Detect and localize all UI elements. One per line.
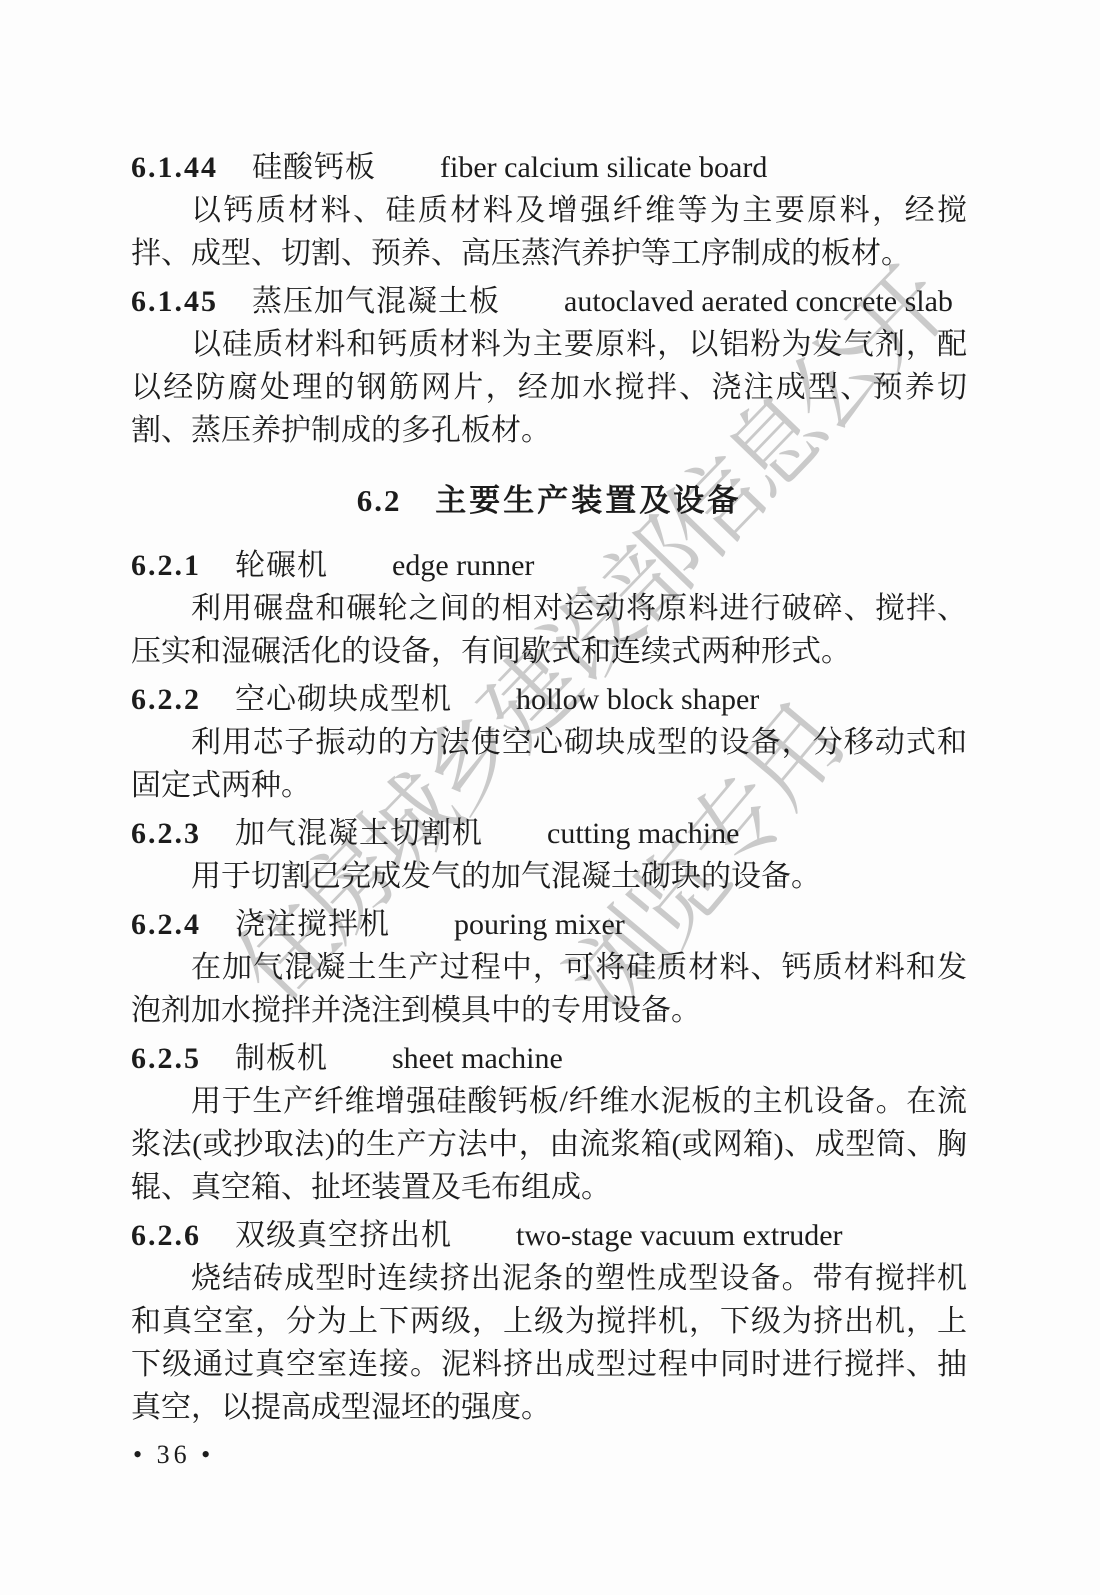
clause-number: 6.2.6	[131, 1214, 201, 1257]
term-entry: 6.2.6 双级真空挤出机 two-stage vacuum extruder	[131, 1214, 967, 1257]
definition-paragraph: 利用芯子振动的方法使空心砌块成型的设备，分移动式和固定式两种。	[131, 721, 967, 807]
term-chinese: 浇注搅拌机	[235, 903, 390, 946]
term-english: cutting machine	[547, 812, 739, 855]
term-chinese: 硅酸钙板	[252, 146, 376, 189]
term-english: autoclaved aerated concrete slab	[564, 280, 953, 323]
page-number: • 36 •	[133, 1440, 214, 1470]
definition-paragraph: 在加气混凝土生产过程中，可将硅质材料、钙质材料和发泡剂加水搅拌并浇注到模具中的专…	[131, 946, 967, 1032]
definition-paragraph: 用于生产纤维增强硅酸钙板/纤维水泥板的主机设备。在流浆法(或抄取法)的生产方法中…	[131, 1080, 967, 1209]
term-english: pouring mixer	[454, 903, 625, 946]
term-chinese: 蒸压加气混凝土板	[252, 280, 500, 323]
clause-number: 6.1.45	[131, 280, 218, 323]
clause-number: 6.2.4	[131, 903, 201, 946]
clause-number: 6.1.44	[131, 146, 218, 189]
term-english: sheet machine	[392, 1037, 563, 1080]
term-chinese: 空心砌块成型机	[235, 678, 452, 721]
term-english: edge runner	[392, 544, 534, 587]
clause-number: 6.2.5	[131, 1037, 201, 1080]
definition-paragraph: 以硅质材料和钙质材料为主要原料，以铝粉为发气剂，配以经防腐处理的钢筋网片，经加水…	[131, 323, 967, 452]
term-entry: 6.2.2 空心砌块成型机 hollow block shaper	[131, 678, 967, 721]
clause-number: 6.2.3	[131, 812, 201, 855]
section-title: 主要生产装置及设备	[435, 483, 741, 518]
section-number: 6.2	[357, 483, 402, 518]
clause-number: 6.2.1	[131, 544, 201, 587]
document-page: 住房城乡建设部信息公开 浏览专用 6.1.44 硅酸钙板 fiber calci…	[0, 0, 1100, 1595]
term-entry: 6.2.3 加气混凝土切割机 cutting machine	[131, 812, 967, 855]
page-content: 6.1.44 硅酸钙板 fiber calcium silicate board…	[131, 146, 967, 1429]
definition-paragraph: 以钙质材料、硅质材料及增强纤维等为主要原料，经搅拌、成型、切割、预养、高压蒸汽养…	[131, 189, 967, 275]
term-entry: 6.2.1 轮碾机 edge runner	[131, 544, 967, 587]
term-chinese: 双级真空挤出机	[235, 1214, 452, 1257]
term-english: hollow block shaper	[516, 678, 759, 721]
term-chinese: 制板机	[235, 1037, 328, 1080]
term-english: fiber calcium silicate board	[440, 146, 767, 189]
definition-paragraph: 利用碾盘和碾轮之间的相对运动将原料进行破碎、搅拌、压实和湿碾活化的设备，有间歇式…	[131, 587, 967, 673]
clause-number: 6.2.2	[131, 678, 201, 721]
term-entry: 6.1.44 硅酸钙板 fiber calcium silicate board	[131, 146, 967, 189]
definition-paragraph: 用于切割已完成发气的加气混凝土砌块的设备。	[131, 855, 967, 898]
term-entry: 6.1.45 蒸压加气混凝土板 autoclaved aerated concr…	[131, 280, 967, 323]
definition-paragraph: 烧结砖成型时连续挤出泥条的塑性成型设备。带有搅拌机和真空室，分为上下两级，上级为…	[131, 1257, 967, 1429]
term-english: two-stage vacuum extruder	[516, 1214, 843, 1257]
term-entry: 6.2.4 浇注搅拌机 pouring mixer	[131, 903, 967, 946]
term-chinese: 轮碾机	[235, 544, 328, 587]
term-chinese: 加气混凝土切割机	[235, 812, 483, 855]
term-entry: 6.2.5 制板机 sheet machine	[131, 1037, 967, 1080]
section-heading: 6.2 主要生产装置及设备	[131, 478, 967, 524]
